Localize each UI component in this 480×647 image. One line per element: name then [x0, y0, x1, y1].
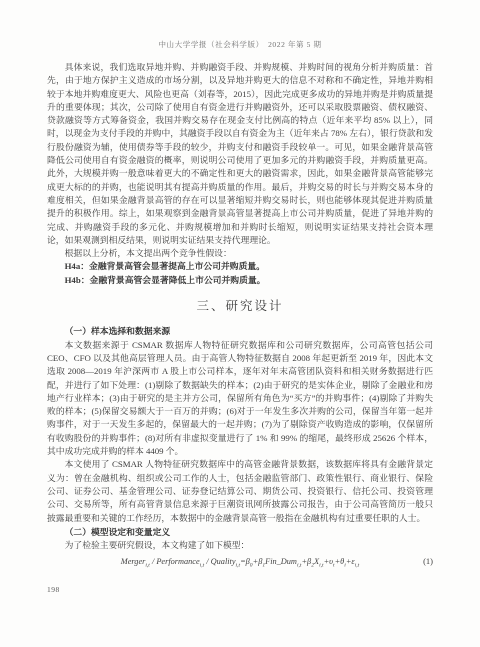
equation: Mergeri,t / Performancei,t / Qualityi,t=…: [47, 555, 433, 570]
formula-term: Merger: [121, 557, 146, 566]
paragraph-financial-background-data: 本文使用了 CSMAR 人物特征研究数据库中的高管金融背景数据，该数据库将具有金…: [47, 458, 433, 524]
formula-term: +β: [301, 557, 311, 566]
paragraph-hypothesis-lead: 根据以上分析，本文提出两个竞争性假设：: [47, 247, 433, 260]
formula-term: +θ: [335, 557, 345, 566]
hypothesis-h4a: H4a：金融背景高管会显著提高上市公司并购质量。: [47, 260, 433, 273]
formula-term: Fin_Dum: [265, 557, 297, 566]
subsection-title-sample-data: （一）样本选择和数据来源: [47, 325, 433, 338]
section-title-research-design: 三、研究设计: [47, 300, 433, 313]
content-column: 具体来说，我们选取异地并购、并购融资手段、并购规模、并购时间的视角分析并购质量：…: [47, 61, 433, 570]
paragraph-model-lead: 为了检验主要研究假设，本文构建了如下模型：: [47, 539, 433, 552]
paragraph-sample-selection: 本文数据来源于 CSMAR 数据库人物特征研究数据库和公司研究数据库，公司高管包…: [47, 339, 433, 459]
subsection-title-model-variables: （二）模型设定和变量定义: [47, 526, 433, 539]
formula-term: Performance: [156, 557, 199, 566]
equation-number: (1): [423, 555, 433, 568]
formula-term: +υ: [324, 557, 333, 566]
formula-term: =β: [240, 557, 250, 566]
running-header: 中山大学学报（社会科学版） 2022 年第 5 期: [0, 39, 480, 50]
formula-term: Quality: [211, 557, 236, 566]
formula-term: +β: [253, 557, 263, 566]
formula-subscript: i,t: [355, 563, 360, 569]
hypothesis-h4b: H4b：金融背景高管会显著降低上市公司并购质量。: [47, 274, 433, 287]
journal-page: 中山大学学报（社会科学版） 2022 年第 5 期 具体来说，我们选取异地并购、…: [0, 0, 480, 647]
page-number: 198: [47, 585, 60, 594]
paragraph-analysis: 具体来说，我们选取异地并购、并购融资手段、并购规模、并购时间的视角分析并购质量：…: [47, 61, 433, 247]
formula-term: +ε: [346, 557, 355, 566]
